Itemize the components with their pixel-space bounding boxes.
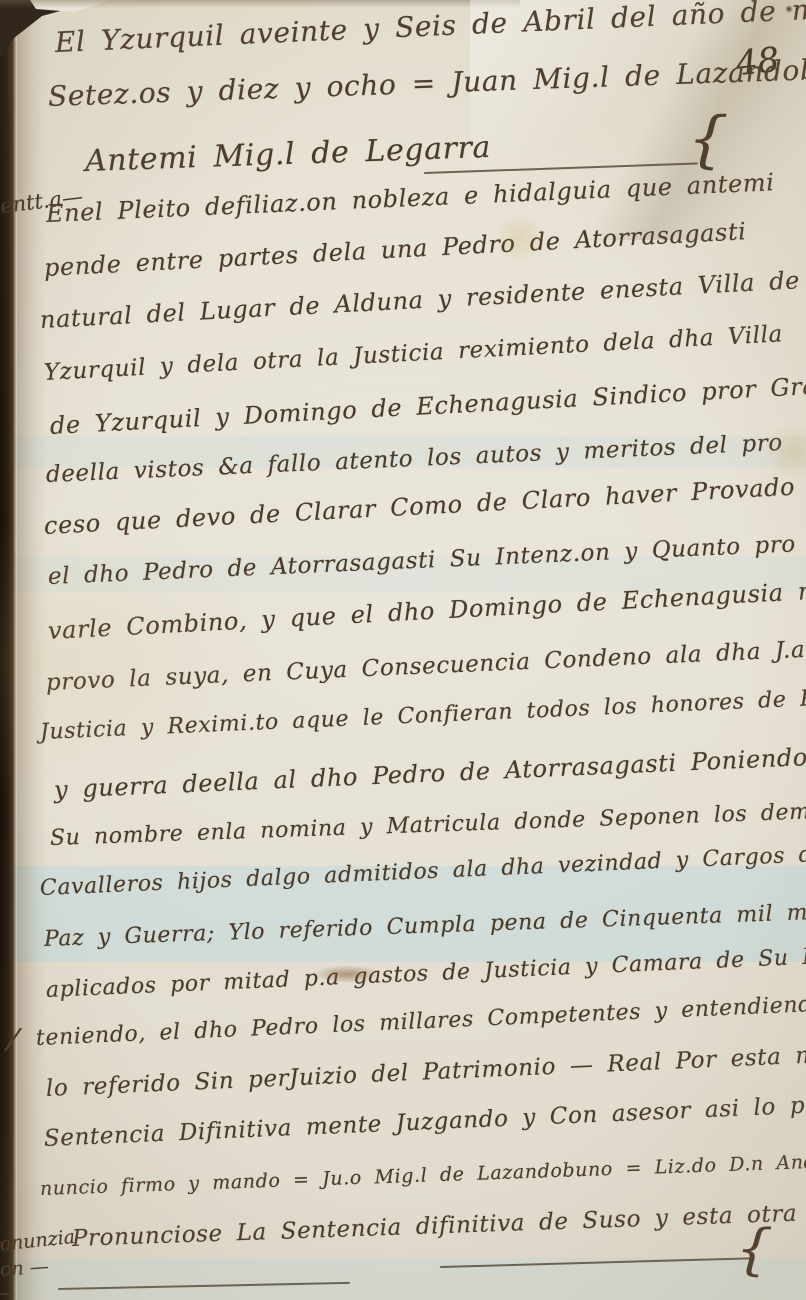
manuscript-line-13: provo la suya, en Cuya Consecuencia Cond…: [45, 637, 806, 696]
top-edge-shadow: [0, 0, 520, 8]
manuscript-page: 48 Sentt.a— Pronunzia z.on — — { { / El …: [0, 0, 806, 1300]
manuscript-line-12: varle Combino, y que el dho Domingo de E…: [47, 576, 806, 645]
margin-note-dash: —: [0, 1282, 13, 1300]
manuscript-line-20: teniendo, el dho Pedro los millares Comp…: [35, 990, 806, 1051]
manuscript-line-16: Su nombre enla nomina y Matricula donde …: [50, 799, 806, 851]
flourish-brace-bottom: {: [734, 1221, 773, 1279]
manuscript-line-8: de Yzurquil y Domingo de Echenagusia Sin…: [49, 371, 806, 440]
manuscript-line-1: El Yzurquil aveinte y Seis de Abril del …: [54, 0, 806, 59]
flourish-rule-bottom-right: [440, 1257, 752, 1268]
flourish-brace-top: {: [686, 107, 729, 171]
manuscript-line-7: Yzurquil y dela otra la Justicia reximie…: [43, 321, 783, 386]
manuscript-line-24: Pronunciose La Sentencia difinitiva de S…: [72, 1198, 806, 1252]
manuscript-line-6: natural del Lugar de Alduna y residente …: [39, 266, 800, 334]
manuscript-line-19: aplicados por mitad p.a gastos de Justic…: [45, 942, 806, 1003]
manuscript-line-4: Enel Pleito defiliaz.on nobleza e hidalg…: [45, 168, 775, 228]
manuscript-line-5: pende entre partes dela una Pedro de Ato…: [43, 217, 747, 282]
manuscript-line-22: Sentencia Difinitiva mente Juzgando y Co…: [43, 1092, 806, 1152]
manuscript-line-23: nuncio firmo y mando = Ju.o Mig.l de Laz…: [40, 1146, 806, 1200]
scan-band: [0, 1258, 806, 1300]
flourish-rule-bottom-left: [58, 1282, 350, 1290]
manuscript-line-17: Cavalleros hijos dalgo admitidos ala dha…: [39, 842, 806, 901]
manuscript-line-21: lo referido Sin perJuizio del Patrimonio…: [45, 1042, 806, 1102]
manuscript-line-15: y guerra deella al dho Pedro de Atorrasa…: [53, 743, 806, 804]
manuscript-line-14: Justicia y Reximi.to aque le Confieran t…: [39, 685, 806, 745]
manuscript-line-18: Paz y Guerra; Ylo referido Cumpla pena d…: [44, 899, 806, 952]
manuscript-line-11: el dho Pedro de Atorrasagasti Su Intenz.…: [47, 531, 796, 590]
